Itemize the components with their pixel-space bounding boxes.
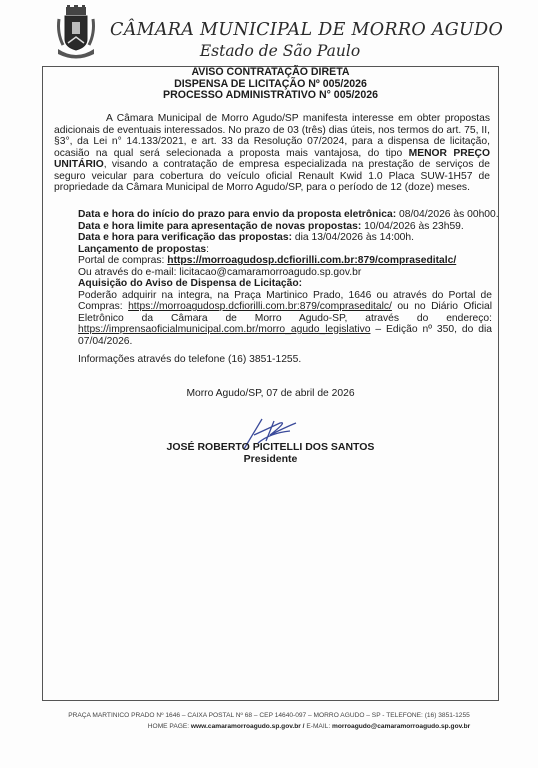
intro-paragraph: A Câmara Municipal de Morro Agudo/SP man… — [54, 113, 490, 194]
verification-date-line: Data e hora para verificação das propost… — [78, 232, 492, 244]
coat-of-arms-icon — [54, 5, 98, 61]
footer-contacts: HOME PAGE: www.camaramorroagudo.sp.gov.b… — [40, 723, 538, 730]
portal-line: Portal de compras: https://morroagudosp.… — [78, 255, 492, 267]
phone-info: Informações através do telefone (16) 385… — [78, 354, 514, 366]
heading-line-1: AVISO CONTRATAÇÃO DIRETA — [42, 67, 499, 79]
gazette-link[interactable]: https://imprensaoficialmunicipal.com.br/… — [78, 324, 370, 335]
portal-link[interactable]: https://morroagudosp.dcfiorilli.com.br:8… — [167, 255, 456, 266]
acquisition-heading: Aquisição do Aviso de Dispensa de Licita… — [78, 278, 492, 290]
schedule-block: Data e hora do início do prazo para envi… — [78, 209, 492, 347]
email-link[interactable]: licitacao@camaramorroagudo.sp.gov.br — [179, 267, 361, 278]
footer-email-link[interactable]: morroagudo@camaramorroagudo.sp.gov.br — [332, 723, 470, 730]
signatory-role: Presidente — [42, 454, 499, 466]
acquisition-paragraph: Poderão adquirir na integra, na Praça Ma… — [54, 290, 492, 348]
heading-line-3: PROCESSO ADMINISTRATIVO N° 005/2026 — [42, 90, 499, 102]
homepage-link[interactable]: www.camaramorroagudo.sp.gov.br — [191, 723, 301, 730]
signatory-name: JOSÉ ROBERTO PICITELLI DOS SANTOS — [42, 442, 499, 454]
limit-date-line: Data e hora limite para apresentação de … — [78, 221, 492, 233]
institution-subtitle: Estado de São Paulo — [180, 42, 380, 60]
email-line: Ou através do e-mail: licitacao@camaramo… — [78, 267, 492, 279]
acquisition-portal-link[interactable]: https://morroagudosp.dcfiorilli.com.br:8… — [128, 301, 392, 312]
place-date: Morro Agudo/SP, 07 de abril de 2026 — [42, 388, 499, 400]
footer-address: PRAÇA MARTINICO PRADO Nº 1646 – CAIXA PO… — [0, 712, 538, 719]
institution-title: CÂMARA MUNICIPAL DE MORRO AGUDO — [110, 20, 530, 40]
start-date-line: Data e hora do início do prazo para envi… — [78, 209, 492, 221]
notice-heading: AVISO CONTRATAÇÃO DIRETA DISPENSA DE LIC… — [42, 67, 499, 102]
launch-heading: Lançamento de propostas: — [78, 244, 492, 256]
